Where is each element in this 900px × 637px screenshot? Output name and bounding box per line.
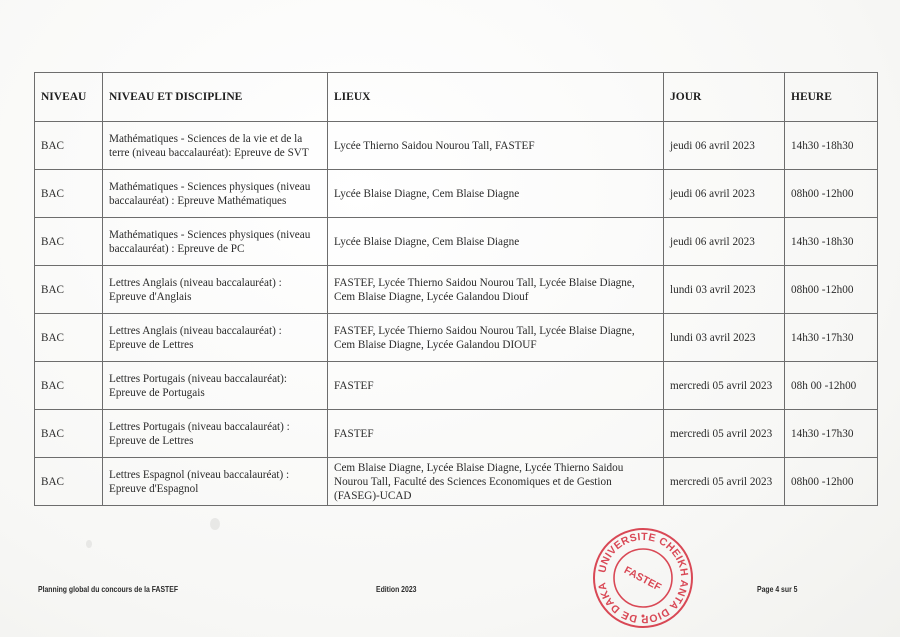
cell-jour: jeudi 06 avril 2023 <box>664 170 785 218</box>
cell-heure: 08h00 -12h00 <box>785 266 878 314</box>
cell-jour: jeudi 06 avril 2023 <box>664 122 785 170</box>
cell-heure: 14h30 -17h30 <box>785 410 878 458</box>
paper-smudge <box>210 518 220 530</box>
cell-heure: 08h00 -12h00 <box>785 170 878 218</box>
cell-jour: lundi 03 avril 2023 <box>664 266 785 314</box>
cell-niveau: BAC <box>35 218 103 266</box>
cell-discipline: Mathématiques - Sciences de la vie et de… <box>103 122 328 170</box>
cell-lieux: FASTEF <box>328 362 664 410</box>
cell-lieux: FASTEF, Lycée Thierno Saidou Nourou Tall… <box>328 266 664 314</box>
cell-discipline: Lettres Espagnol (niveau baccalauréat) :… <box>103 458 328 506</box>
cell-discipline: Lettres Portugais (niveau baccalauréat) … <box>103 410 328 458</box>
cell-discipline: Mathématiques - Sciences physiques (nive… <box>103 218 328 266</box>
cell-jour: jeudi 06 avril 2023 <box>664 218 785 266</box>
cell-discipline: Lettres Anglais (niveau baccalauréat) : … <box>103 266 328 314</box>
footer-page-number: Page 4 sur 5 <box>757 584 797 594</box>
cell-discipline: Mathématiques - Sciences physiques (nive… <box>103 170 328 218</box>
cell-heure: 14h30 -18h30 <box>785 218 878 266</box>
table-row: BACMathématiques - Sciences de la vie et… <box>35 122 878 170</box>
table-row: BACMathématiques - Sciences physiques (n… <box>35 218 878 266</box>
footer-document-title: Planning global du concours de la FASTEF <box>38 584 178 594</box>
header-discipline: NIVEAU ET DISCIPLINE <box>103 73 328 122</box>
table-row: BACMathématiques - Sciences physiques (n… <box>35 170 878 218</box>
table-row: BACLettres Espagnol (niveau baccalauréat… <box>35 458 878 506</box>
cell-niveau: BAC <box>35 410 103 458</box>
cell-heure: 08h00 -12h00 <box>785 458 878 506</box>
table-row: BACLettres Portugais (niveau baccalauréa… <box>35 410 878 458</box>
cell-niveau: BAC <box>35 458 103 506</box>
table-header-row: NIVEAU NIVEAU ET DISCIPLINE LIEUX JOUR H… <box>35 73 878 122</box>
cell-lieux: Cem Blaise Diagne, Lycée Blaise Diagne, … <box>328 458 664 506</box>
cell-heure: 14h30 -17h30 <box>785 314 878 362</box>
cell-lieux: Lycée Thierno Saidou Nourou Tall, FASTEF <box>328 122 664 170</box>
cell-heure: 14h30 -18h30 <box>785 122 878 170</box>
cell-jour: mercredi 05 avril 2023 <box>664 458 785 506</box>
table-row: BACLettres Anglais (niveau baccalauréat)… <box>35 314 878 362</box>
university-stamp-icon: UNIVERSITE CHEIKH ANTA DIOP DE DAKAR FAS… <box>590 525 696 631</box>
paper-smudge <box>86 540 92 548</box>
stamp-center-text: FASTEF <box>622 564 664 594</box>
cell-niveau: BAC <box>35 314 103 362</box>
table-row: BACLettres Portugais (niveau baccalauréa… <box>35 362 878 410</box>
cell-jour: mercredi 05 avril 2023 <box>664 410 785 458</box>
cell-niveau: BAC <box>35 266 103 314</box>
cell-niveau: BAC <box>35 362 103 410</box>
header-heure: HEURE <box>785 73 878 122</box>
footer-edition: Edition 2023 <box>376 584 416 594</box>
cell-discipline: Lettres Portugais (niveau baccalauréat):… <box>103 362 328 410</box>
header-jour: JOUR <box>664 73 785 122</box>
cell-lieux: Lycée Blaise Diagne, Cem Blaise Diagne <box>328 170 664 218</box>
cell-niveau: BAC <box>35 122 103 170</box>
schedule-table: NIVEAU NIVEAU ET DISCIPLINE LIEUX JOUR H… <box>34 72 878 506</box>
cell-niveau: BAC <box>35 170 103 218</box>
cell-jour: lundi 03 avril 2023 <box>664 314 785 362</box>
cell-lieux: Lycée Blaise Diagne, Cem Blaise Diagne <box>328 218 664 266</box>
header-lieux: LIEUX <box>328 73 664 122</box>
cell-lieux: FASTEF <box>328 410 664 458</box>
table-row: BACLettres Anglais (niveau baccalauréat)… <box>35 266 878 314</box>
cell-jour: mercredi 05 avril 2023 <box>664 362 785 410</box>
cell-heure: 08h 00 -12h00 <box>785 362 878 410</box>
cell-lieux: FASTEF, Lycée Thierno Saidou Nourou Tall… <box>328 314 664 362</box>
cell-discipline: Lettres Anglais (niveau baccalauréat) : … <box>103 314 328 362</box>
header-niveau: NIVEAU <box>35 73 103 122</box>
